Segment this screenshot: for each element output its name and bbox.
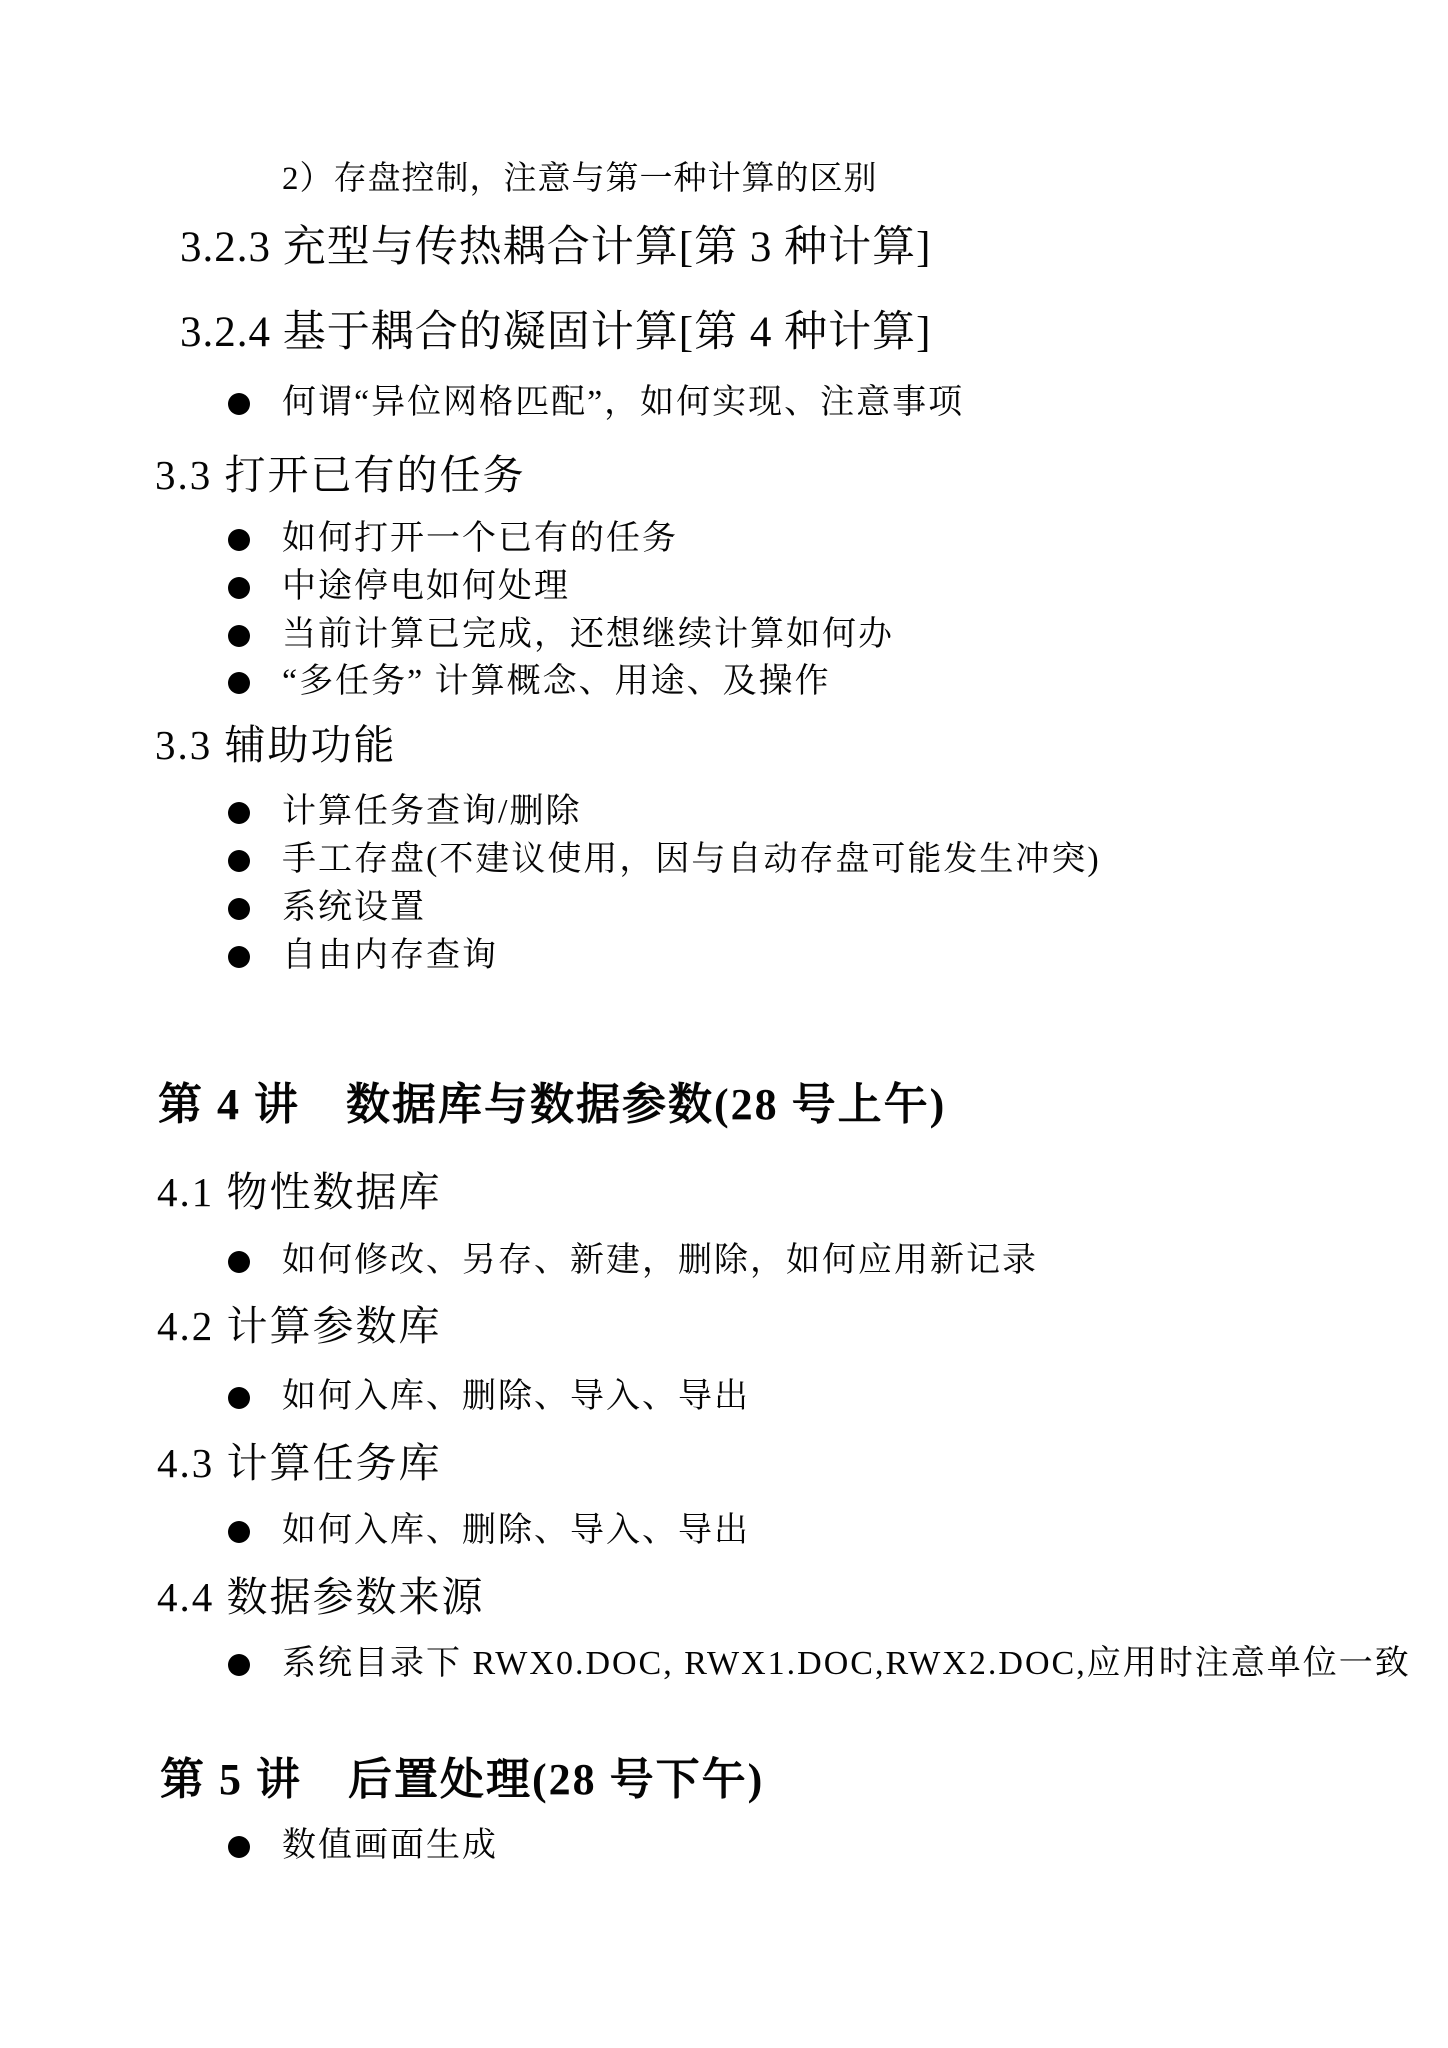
list-item-text: 自由内存查询 (282, 939, 498, 973)
list-item-text: 数值画面生成 (282, 1829, 498, 1863)
document-page: 2）存盘控制，注意与第一种计算的区别 3.2.3 充型与传热耦合计算[第 3 种… (0, 0, 1448, 2048)
list-item-text: 当前计算已完成，还想继续计算如何办 (282, 618, 894, 652)
list-item: 如何修改、另存、新建，删除，如何应用新记录 (228, 1244, 1038, 1278)
lecture-title-4: 第 4 讲 数据库与数据参数(28 号上午) (158, 1083, 946, 1127)
lecture-title-5: 第 5 讲 后置处理(28 号下午) (160, 1758, 764, 1802)
section-heading-3-3-aux-functions: 3.3 辅助功能 (155, 725, 397, 766)
bullet-icon (228, 529, 250, 551)
list-item-text: 如何修改、另存、新建，删除，如何应用新记录 (282, 1244, 1038, 1278)
list-item: 当前计算已完成，还想继续计算如何办 (228, 618, 894, 652)
list-item: 手工存盘(不建议使用，因与自动存盘可能发生冲突) (228, 843, 1101, 877)
list-item: 如何入库、删除、导入、导出 (228, 1514, 750, 1548)
section-heading-4-1: 4.1 物性数据库 (157, 1172, 442, 1213)
list-item-text: 何谓“异位网格匹配”，如何实现、注意事项 (282, 386, 964, 420)
bullet-icon (228, 1387, 250, 1409)
list-item-text: 系统设置 (282, 891, 426, 925)
bullet-icon (228, 1836, 250, 1858)
list-item: 何谓“异位网格匹配”，如何实现、注意事项 (228, 386, 964, 420)
bullet-icon (228, 898, 250, 920)
bullet-icon (228, 1251, 250, 1273)
list-item-text: 如何入库、删除、导入、导出 (282, 1514, 750, 1548)
list-item: 计算任务查询/删除 (228, 795, 581, 829)
bullet-icon (228, 577, 250, 599)
subsection-heading-3-2-4: 3.2.4 基于耦合的凝固计算[第 4 种计算] (180, 311, 931, 354)
bullet-icon (228, 802, 250, 824)
list-item-text: “多任务” 计算概念、用途、及操作 (282, 665, 831, 699)
list-item-text: 手工存盘(不建议使用，因与自动存盘可能发生冲突) (282, 843, 1101, 877)
list-item: 中途停电如何处理 (228, 570, 570, 604)
bullet-icon (228, 1521, 250, 1543)
bullet-icon (228, 946, 250, 968)
list-item: 自由内存查询 (228, 939, 498, 973)
list-item: 数值画面生成 (228, 1829, 498, 1863)
list-item-text: 中途停电如何处理 (282, 570, 570, 604)
list-item-text: 如何打开一个已有的任务 (282, 522, 678, 556)
list-item: “多任务” 计算概念、用途、及操作 (228, 665, 831, 699)
bullet-icon (228, 625, 250, 647)
sub-numbered-line: 2）存盘控制，注意与第一种计算的区别 (282, 163, 878, 196)
section-heading-3-3-open-task: 3.3 打开已有的任务 (155, 455, 526, 496)
bullet-icon (228, 672, 250, 694)
section-heading-4-3: 4.3 计算任务库 (157, 1443, 442, 1484)
list-item-text: 如何入库、删除、导入、导出 (282, 1380, 750, 1414)
list-item: 如何打开一个已有的任务 (228, 522, 678, 556)
subsection-heading-3-2-3: 3.2.3 充型与传热耦合计算[第 3 种计算] (180, 226, 931, 269)
list-item-text: 计算任务查询/删除 (282, 795, 581, 829)
bullet-icon (228, 1654, 250, 1676)
list-item: 系统目录下 RWX0.DOC, RWX1.DOC,RWX2.DOC,应用时注意单… (228, 1647, 1411, 1681)
list-item: 如何入库、删除、导入、导出 (228, 1380, 750, 1414)
section-heading-4-2: 4.2 计算参数库 (157, 1306, 442, 1347)
bullet-icon (228, 850, 250, 872)
section-heading-4-4: 4.4 数据参数来源 (157, 1577, 485, 1618)
bullet-icon (228, 393, 250, 415)
list-item: 系统设置 (228, 891, 426, 925)
list-item-text: 系统目录下 RWX0.DOC, RWX1.DOC,RWX2.DOC,应用时注意单… (282, 1647, 1411, 1681)
